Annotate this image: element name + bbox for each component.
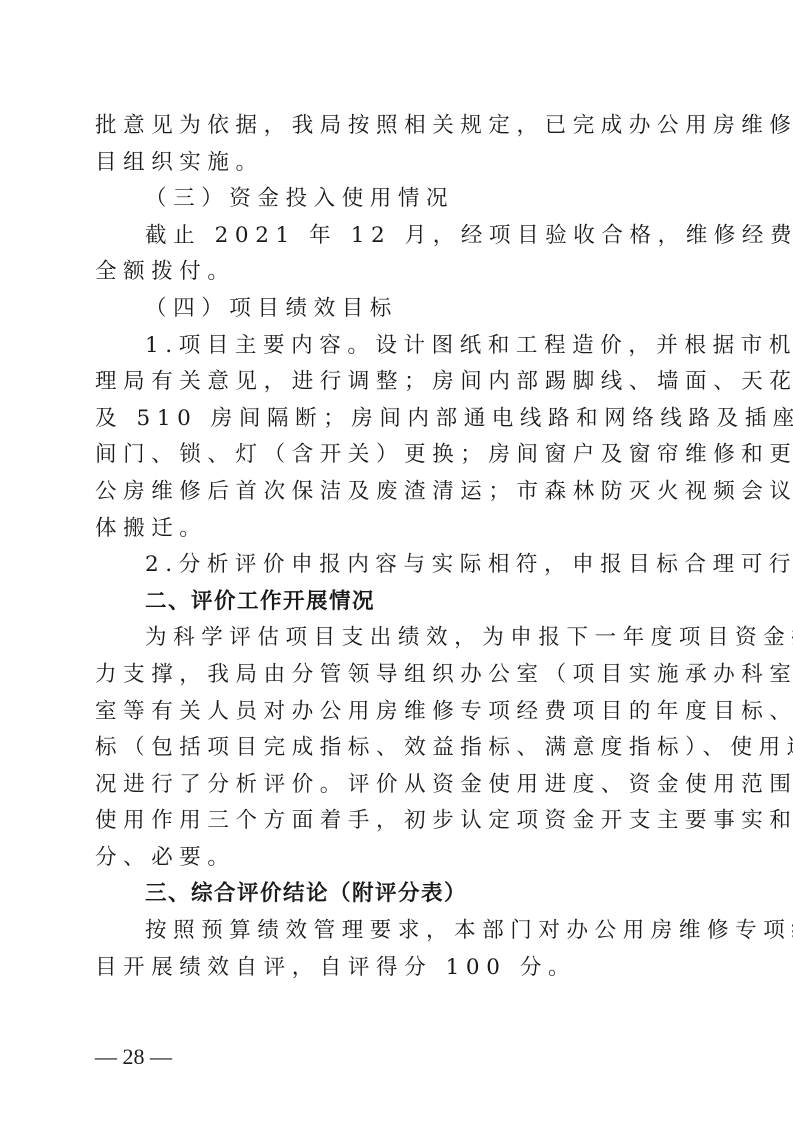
section-subheading-funds: （三）资金投入使用情况 <box>95 181 698 218</box>
paragraph-line: 力支撑，我局由分管领导组织办公室（项目实施承办科室）、财务 <box>95 657 698 694</box>
page-number: — 28 — <box>95 1044 172 1070</box>
paragraph-line: 2.分析评价申报内容与实际相符，申报目标合理可行。 <box>95 547 698 584</box>
paragraph-line: 按照预算绩效管理要求，本部门对办公用房维修专项经费项 <box>95 913 698 950</box>
section-heading-conclusion: 三、综合评价结论（附评分表） <box>95 876 698 913</box>
paragraph-line: 公房维修后首次保洁及废渣清运；市森林防灭火视频会议系统整 <box>95 474 698 511</box>
paragraph-line: 截止 2021 年 12 月，经项目验收合格，维修经费 31.38 万元已 <box>95 218 698 255</box>
paragraph-line: 室等有关人员对办公用房维修专项经费项目的年度目标、绩效指 <box>95 694 698 731</box>
paragraph-line: 1.项目主要内容。设计图纸和工程造价，并根据市机关事务管 <box>95 328 698 365</box>
section-subheading-goals: （四）项目绩效目标 <box>95 291 698 328</box>
document-page: 批意见为依据，我局按照相关规定，已完成办公用房维修各类项 目组织实施。 （三）资… <box>95 108 698 986</box>
paragraph-line: 况进行了分析评价。评价从资金使用进度、资金使用范围、资金 <box>95 767 698 804</box>
paragraph-line: 及 510 房间隔断；房间内部通电线路和网络线路及插座更新；房 <box>95 401 698 438</box>
paragraph-line: 间门、锁、灯（含开关）更换；房间窗户及窗帘维修和更新；办 <box>95 437 698 474</box>
paragraph-line: 批意见为依据，我局按照相关规定，已完成办公用房维修各类项 <box>95 108 698 145</box>
paragraph-line: 全额拨付。 <box>95 254 698 291</box>
paragraph-line: 体搬迁。 <box>95 511 698 548</box>
paragraph-line: 分、必要。 <box>95 840 698 877</box>
paragraph-line: 使用作用三个方面着手，初步认定项资金开支主要事实和依据充 <box>95 803 698 840</box>
paragraph-line: 标（包括项目完成指标、效益指标、满意度指标）、使用进度等情 <box>95 730 698 767</box>
paragraph-line: 目开展绩效自评，自评得分 100 分。 <box>95 950 698 987</box>
section-heading-evaluation-work: 二、评价工作开展情况 <box>95 584 698 621</box>
paragraph-line: 为科学评估项目支出绩效，为申报下一年度项目资金提供有 <box>95 620 698 657</box>
paragraph-line: 目组织实施。 <box>95 145 698 182</box>
paragraph-line: 理局有关意见，进行调整；房间内部踢脚线、墙面、天花板翻新 <box>95 364 698 401</box>
